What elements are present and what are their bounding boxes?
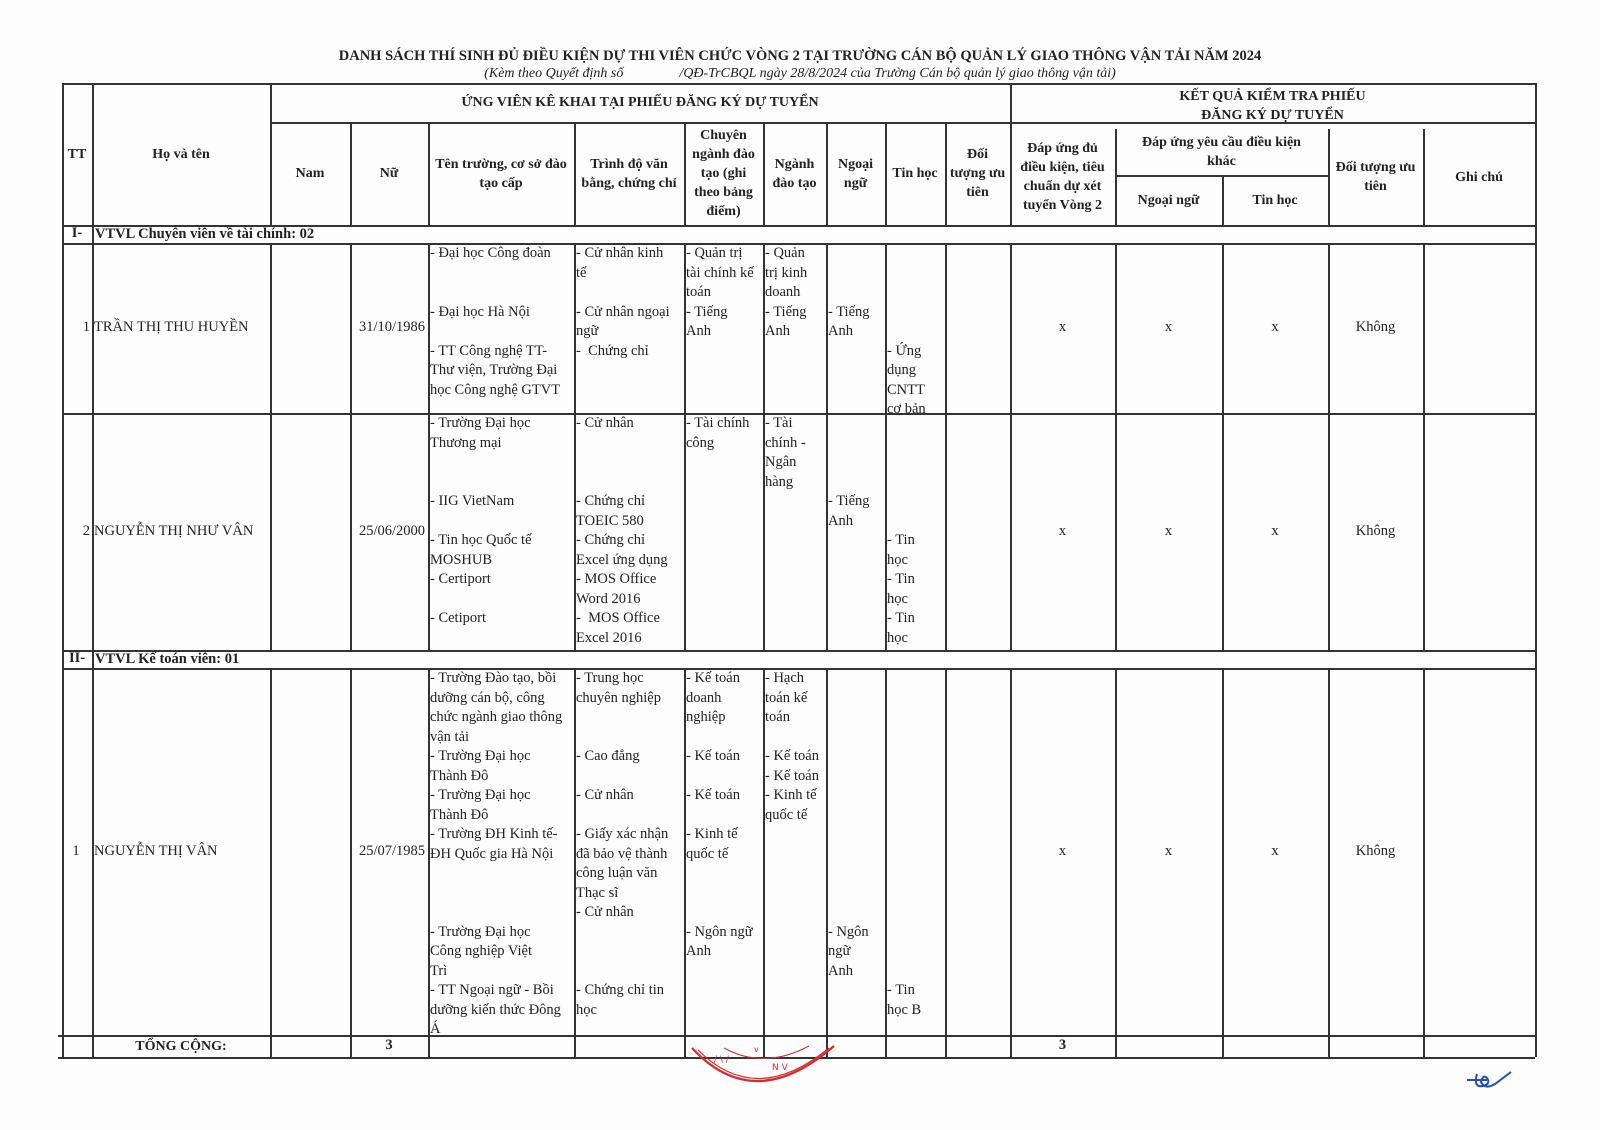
table-rule xyxy=(428,122,430,225)
header-dap-ung-du: Đáp ứng đủ điều kiện, tiêu chuẩn dự xét … xyxy=(1010,129,1115,225)
cell-line xyxy=(828,903,883,923)
cell-line xyxy=(828,864,883,884)
cell-line xyxy=(828,786,883,806)
row-ngoai-ngu: - TiếngAnh xyxy=(826,413,885,650)
row-nganh: - Tàichính -Ngânhàng xyxy=(763,413,826,650)
header-tin-hoc: Tin học xyxy=(885,122,945,225)
cell-line xyxy=(828,283,883,303)
header-nu: Nữ xyxy=(350,122,428,225)
cell-line xyxy=(576,473,682,493)
row-kq-tin-hoc: x xyxy=(1222,413,1328,650)
row-nu: 25/07/1985 xyxy=(350,668,428,1035)
row-trinh-do: - Cử nhân - Chứng chỉTOEIC 580- Chứng ch… xyxy=(574,413,684,650)
cell-line xyxy=(576,453,682,473)
cell-line: Trì xyxy=(430,962,572,982)
cell-line xyxy=(887,806,943,826)
cell-line: chuyên nghiệp xyxy=(576,689,682,709)
cell-line: - Tin xyxy=(887,531,943,551)
header-split-rule xyxy=(270,122,1535,124)
cell-line xyxy=(828,825,883,845)
cell-line: - Kế toán xyxy=(686,786,761,806)
row-ghi-chu xyxy=(1423,243,1535,413)
cell-line xyxy=(887,434,943,454)
cell-line: hàng xyxy=(765,473,824,493)
cell-line: CNTT xyxy=(887,381,943,401)
cell-line xyxy=(887,786,943,806)
table-rule xyxy=(270,83,272,225)
table-rule xyxy=(1328,668,1330,1057)
table-rule xyxy=(763,668,765,1057)
table-rule xyxy=(1010,668,1012,1057)
cell-line: đã bảo vệ thành xyxy=(576,845,682,865)
cell-line: ngữ xyxy=(576,322,682,342)
section-label: VTVL Chuyên viên về tài chính: 02 xyxy=(95,225,1535,243)
cell-line: học xyxy=(887,590,943,610)
row-ghi-chu xyxy=(1423,668,1535,1035)
cell-line: - Cao đẳng xyxy=(576,747,682,767)
row-kq-du: x xyxy=(1010,243,1115,413)
table-rule xyxy=(350,668,352,1057)
cell-line: toán xyxy=(686,283,761,303)
cell-line xyxy=(686,884,761,904)
cell-line: - Trung học xyxy=(576,669,682,689)
table-rule xyxy=(428,668,430,1057)
row-kq-ngoai-ngu: x xyxy=(1115,243,1222,413)
cell-line: Ngân xyxy=(765,453,824,473)
cell-line: Anh xyxy=(828,322,883,342)
row-rule xyxy=(62,668,1535,670)
cell-line: cơ bản xyxy=(887,400,943,413)
section-code: I- xyxy=(62,225,92,243)
cell-line: MOSHUB xyxy=(430,551,572,571)
cell-line: nghiệp xyxy=(686,708,761,728)
row-kq-doi-tuong: Không xyxy=(1328,668,1423,1035)
cell-line: - Trường Đại học xyxy=(430,747,572,767)
cell-line: Anh xyxy=(828,512,883,532)
row-name: NGUYỄN THỊ NHƯ VÂN xyxy=(92,413,270,650)
cell-line: - Trường Đại học xyxy=(430,414,572,434)
cell-line xyxy=(887,942,943,962)
cell-line xyxy=(576,283,682,303)
svg-text:/ \ /: / \ / xyxy=(714,1055,730,1065)
cell-line: - Kinh tế xyxy=(686,825,761,845)
cell-line: - Tin xyxy=(887,981,943,1001)
cell-line: Á xyxy=(430,1020,572,1035)
table-rule xyxy=(826,668,828,1057)
cell-line xyxy=(430,590,572,610)
cell-line: dụng xyxy=(887,361,943,381)
cell-line: học xyxy=(887,551,943,571)
cell-line: - Đại học Hà Nội xyxy=(430,303,572,323)
cell-line: Thương mại xyxy=(430,434,572,454)
table-rule xyxy=(270,668,272,1057)
svg-text:N V: N V xyxy=(772,1063,789,1073)
cell-line xyxy=(887,923,943,943)
table-rule xyxy=(1328,243,1330,650)
row-tin-hoc: - Tinhọc B xyxy=(885,668,945,1035)
cell-line xyxy=(430,264,572,284)
cell-line xyxy=(887,767,943,787)
cell-line xyxy=(430,512,572,532)
row-name: TRẦN THỊ THU HUYỀN xyxy=(92,243,270,413)
table-top-rule xyxy=(62,83,1535,85)
cell-line: toán kế xyxy=(765,689,824,709)
table-rule xyxy=(945,243,947,650)
cell-line: - Kế toán xyxy=(765,767,824,787)
header-dap-ung-khac: Đáp ứng yêu cầu điều kiện khác xyxy=(1115,129,1328,175)
table-rule xyxy=(1222,175,1224,225)
cell-line: Thành Đô xyxy=(430,767,572,787)
table-rule xyxy=(763,122,765,225)
cell-line: Thư viện, Trường Đại xyxy=(430,361,572,381)
row-nu: 31/10/1986 xyxy=(350,243,428,413)
cell-line: học xyxy=(576,1001,682,1021)
cell-line xyxy=(887,492,943,512)
cell-line: học B xyxy=(887,1001,943,1021)
cell-line xyxy=(828,689,883,709)
section-code: II- xyxy=(62,650,92,668)
cell-line: - Chứng chỉ tin xyxy=(576,981,682,1001)
row-rule xyxy=(62,243,1535,245)
table-rule xyxy=(1423,243,1425,650)
cell-line xyxy=(887,264,943,284)
cell-line xyxy=(430,453,572,473)
cell-line: - Trường Đại học xyxy=(430,786,572,806)
cell-line: học Công nghệ GTVT xyxy=(430,381,572,401)
cell-line xyxy=(765,728,824,748)
table-rule xyxy=(1423,668,1425,1057)
cell-line xyxy=(430,903,572,923)
row-kq-du: x xyxy=(1010,668,1115,1035)
cell-line: Anh xyxy=(765,322,824,342)
header-ho-ten: Họ và tên xyxy=(92,83,270,225)
cell-line: - Kế toán xyxy=(686,747,761,767)
cell-line: ĐH Quốc gia Hà Nội xyxy=(430,845,572,865)
cell-line xyxy=(828,414,883,434)
table-rule xyxy=(574,668,576,1057)
cell-line: vận tải xyxy=(430,728,572,748)
row-kq-ngoai-ngu: x xyxy=(1115,413,1222,650)
cell-line: - Cử nhân xyxy=(576,414,682,434)
cell-line xyxy=(576,434,682,454)
cell-line xyxy=(828,728,883,748)
red-seal-stamp-icon: / \ / N V v xyxy=(684,1040,844,1090)
cell-line: - Cetiport xyxy=(430,609,572,629)
row-doi-tuong xyxy=(945,413,1010,650)
row-ngoai-ngu: - NgônngữAnh xyxy=(826,668,885,1035)
row-chuyen-nganh: - Tài chínhcông xyxy=(684,413,763,650)
cell-line xyxy=(686,806,761,826)
cell-line: - Cử nhân xyxy=(576,786,682,806)
cell-line: - Cử nhân kinh xyxy=(576,244,682,264)
cell-line: - Tiếng xyxy=(686,303,761,323)
cell-line xyxy=(576,962,682,982)
cell-line xyxy=(887,845,943,865)
cell-line: - Tin xyxy=(887,609,943,629)
cell-line xyxy=(887,825,943,845)
cell-line: dưỡng cán bộ, công xyxy=(430,689,572,709)
row-kq-ngoai-ngu: x xyxy=(1115,668,1222,1035)
cell-line: - Tin xyxy=(887,570,943,590)
total-label: TỔNG CỘNG: xyxy=(92,1035,270,1057)
row-ten-truong: - Trường Đại họcThương mại - IIG VietNam… xyxy=(428,413,574,650)
cell-line: - Cử nhân ngoại xyxy=(576,303,682,323)
cell-line: quốc tế xyxy=(686,845,761,865)
cell-line: - Tiếng xyxy=(828,492,883,512)
row-kq-doi-tuong: Không xyxy=(1328,243,1423,413)
row-nu: 25/06/2000 xyxy=(350,413,428,650)
cell-line: - Ngôn xyxy=(828,923,883,943)
row-kq-du: x xyxy=(1010,413,1115,650)
cell-line: chức ngành giao thông xyxy=(430,708,572,728)
cell-line: Thành Đô xyxy=(430,806,572,826)
cell-line xyxy=(887,689,943,709)
cell-line: Anh xyxy=(686,322,761,342)
cell-line: - MOS Office xyxy=(576,609,682,629)
table-rule xyxy=(1115,243,1117,650)
cell-line: - Quản xyxy=(765,244,824,264)
cell-line xyxy=(887,414,943,434)
row-ten-truong: - Trường Đào tạo, bồidưỡng cán bộ, côngc… xyxy=(428,668,574,1035)
cell-line: chính - xyxy=(765,434,824,454)
cell-line xyxy=(828,453,883,473)
cell-line: công xyxy=(686,434,761,454)
table-rule xyxy=(1115,668,1117,1057)
row-chuyen-nganh: - Quản trịtài chính kếtoán- TiếngAnh xyxy=(684,243,763,413)
table-rule xyxy=(684,122,686,225)
cell-line xyxy=(828,473,883,493)
cell-line: - Tiếng xyxy=(828,303,883,323)
cell-line: - Đại học Công đoàn xyxy=(430,244,572,264)
cell-line xyxy=(686,728,761,748)
section-label: VTVL Kế toán viên: 01 xyxy=(95,650,1535,668)
header-kq-ngoai-ngu: Ngoại ngữ xyxy=(1115,175,1222,225)
table-rule xyxy=(350,243,352,650)
cell-line: Excel ứng dụng xyxy=(576,551,682,571)
cell-line: Word 2016 xyxy=(576,590,682,610)
cell-line: trị kinh xyxy=(765,264,824,284)
row-ten-truong: - Đại học Công đoàn - Đại học Hà Nội - T… xyxy=(428,243,574,413)
row-doi-tuong xyxy=(945,668,1010,1035)
row-tt: 1 xyxy=(62,243,92,413)
cell-line xyxy=(828,845,883,865)
header-doi-tuong: Đối tượng ưu tiên xyxy=(945,122,1010,225)
cell-line: Excel 2016 xyxy=(576,629,682,649)
cell-line xyxy=(887,708,943,728)
table-rule xyxy=(826,122,828,225)
cell-line xyxy=(887,903,943,923)
row-nam xyxy=(270,668,350,1035)
cell-line xyxy=(576,942,682,962)
cell-line: - Chứng chỉ xyxy=(576,492,682,512)
cell-line xyxy=(686,903,761,923)
table-rule xyxy=(885,243,887,650)
cell-line: học xyxy=(887,629,943,649)
cell-line: - Trường ĐH Kinh tế- xyxy=(430,825,572,845)
header-nganh: Ngành đào tạo xyxy=(763,122,826,225)
cell-line: tế xyxy=(576,264,682,284)
cell-line xyxy=(430,322,572,342)
table-rule xyxy=(1328,129,1330,225)
table-rule xyxy=(1222,668,1224,1057)
cell-line xyxy=(430,864,572,884)
table-rule xyxy=(1423,129,1425,225)
cell-line xyxy=(828,434,883,454)
header-kq-doi-tuong: Đối tượng ưu tiên xyxy=(1328,129,1423,225)
table-rule xyxy=(270,243,272,650)
cell-line xyxy=(887,283,943,303)
header-bottom-rule xyxy=(62,225,1535,227)
cell-line xyxy=(887,453,943,473)
subtitle-suffix: /QĐ-TrCBQL ngày 28/8/2024 của Trường Cán… xyxy=(679,66,1115,81)
cell-line xyxy=(430,884,572,904)
row-kq-tin-hoc: x xyxy=(1222,668,1328,1035)
header-chuyen-nganh: Chuyên ngành đào tạo (ghi theo bảng điểm… xyxy=(684,122,763,225)
row-nganh: - Hạchtoán kếtoán - Kế toán- Kế toán- Ki… xyxy=(763,668,826,1035)
cell-line xyxy=(828,669,883,689)
row-ngoai-ngu: - TiếngAnh xyxy=(826,243,885,413)
header-ten-truong: Tên trường, cơ sở đào tạo cấp xyxy=(428,122,574,225)
cell-line xyxy=(887,747,943,767)
cell-line xyxy=(887,864,943,884)
row-name: NGUYỄN THỊ VÂN xyxy=(92,668,270,1035)
row-kq-doi-tuong: Không xyxy=(1328,413,1423,650)
cell-line xyxy=(887,244,943,264)
table-rule xyxy=(574,122,576,225)
row-tt: 1 xyxy=(62,668,92,1035)
table-rule xyxy=(574,243,576,650)
cell-line xyxy=(576,708,682,728)
table-rule xyxy=(684,668,686,1057)
cell-line: - Ngôn ngữ xyxy=(686,923,761,943)
cell-line xyxy=(576,806,682,826)
cell-line xyxy=(828,264,883,284)
table-rule xyxy=(945,122,947,225)
cell-line xyxy=(887,728,943,748)
cell-line: - Tài chính xyxy=(686,414,761,434)
cell-line: doanh xyxy=(765,283,824,303)
cell-line: quốc tế xyxy=(765,806,824,826)
svg-text:v: v xyxy=(754,1045,759,1054)
row-tin-hoc: - Tinhọc- Tinhọc- Tinhọc xyxy=(885,413,945,650)
cell-line: - Trường Đại học xyxy=(430,923,572,943)
cell-line xyxy=(430,473,572,493)
cell-line xyxy=(887,512,943,532)
table-rule xyxy=(1010,83,1012,225)
row-nganh: - Quảntrị kinhdoanh- TiếngAnh xyxy=(763,243,826,413)
total-kq-du-count: 3 xyxy=(1010,1035,1115,1057)
cell-line: - Hạch xyxy=(765,669,824,689)
row-trinh-do: - Trung họcchuyên nghiệp - Cao đẳng - Cử… xyxy=(574,668,684,1035)
cell-line xyxy=(576,923,682,943)
cell-line xyxy=(828,747,883,767)
cell-line: - Kinh tế xyxy=(765,786,824,806)
header-trinh-do: Trình độ văn bằng, chứng chỉ xyxy=(574,122,684,225)
document-subtitle: (Kèm theo Quyết định số/QĐ-TrCBQL ngày 2… xyxy=(0,66,1600,82)
signature-icon xyxy=(1465,1068,1515,1093)
header-nam: Nam xyxy=(270,122,350,225)
cell-line xyxy=(576,767,682,787)
cell-line: - MOS Office xyxy=(576,570,682,590)
cell-line xyxy=(686,864,761,884)
document-title: DANH SÁCH THÍ SINH ĐỦ ĐIỀU KIỆN DỰ THI V… xyxy=(0,48,1600,65)
cell-line: tài chính kế xyxy=(686,264,761,284)
cell-line: Công nghiệp Việt xyxy=(430,942,572,962)
header-ngoai-ngu: Ngoại ngữ xyxy=(826,122,885,225)
table-left-rule xyxy=(62,83,64,1057)
cell-line: công luận văn xyxy=(576,864,682,884)
cell-line xyxy=(887,669,943,689)
cell-line: - TT Công nghệ TT- xyxy=(430,342,572,362)
header-kq-tin-hoc: Tin học xyxy=(1222,175,1328,225)
header-ghi-chu: Ghi chú xyxy=(1423,129,1535,225)
cell-line: - Quản trị xyxy=(686,244,761,264)
cell-line xyxy=(828,806,883,826)
cell-line: - Tài xyxy=(765,414,824,434)
cell-line: doanh xyxy=(686,689,761,709)
table-rule xyxy=(1010,243,1012,650)
cell-line: - Cử nhân xyxy=(576,903,682,923)
table-rule xyxy=(684,243,686,650)
cell-line xyxy=(887,884,943,904)
cell-line xyxy=(887,303,943,323)
row-rule xyxy=(62,413,1535,415)
table-rule xyxy=(885,668,887,1057)
cell-line xyxy=(887,322,943,342)
cell-line: Anh xyxy=(686,942,761,962)
cell-line: - Chứng chỉ xyxy=(576,531,682,551)
cell-line: - Chứng chỉ xyxy=(576,342,682,362)
cell-line: - Kế toán xyxy=(765,747,824,767)
cell-line xyxy=(828,767,883,787)
cell-line xyxy=(686,767,761,787)
row-ghi-chu xyxy=(1423,413,1535,650)
cell-line: TOEIC 580 xyxy=(576,512,682,532)
cell-line: dưỡng kiến thức Đông xyxy=(430,1001,572,1021)
row-chuyen-nganh: - Kế toándoanhnghiệp - Kế toán - Kế toán… xyxy=(684,668,763,1035)
row-doi-tuong xyxy=(945,243,1010,413)
cell-line xyxy=(887,473,943,493)
cell-line xyxy=(828,244,883,264)
row-rule xyxy=(58,1035,1535,1037)
row-tin-hoc: - ỨngdụngCNTTcơ bản xyxy=(885,243,945,413)
cell-line xyxy=(828,884,883,904)
header-group-ung-vien: ỨNG VIÊN KÊ KHAI TẠI PHIẾU ĐĂNG KÝ DỰ TU… xyxy=(270,83,1010,122)
table-rule xyxy=(428,243,430,650)
table-rule xyxy=(945,668,947,1057)
cell-line: - TT Ngoại ngữ - Bồi xyxy=(430,981,572,1001)
cell-line xyxy=(576,728,682,748)
cell-line: Anh xyxy=(828,962,883,982)
cell-line: ngữ xyxy=(828,942,883,962)
table-rule xyxy=(1222,243,1224,650)
row-rule xyxy=(62,650,1535,652)
cell-line: - Tiếng xyxy=(765,303,824,323)
cell-line: - IIG VietNam xyxy=(430,492,572,512)
total-nu-count: 3 xyxy=(350,1035,428,1057)
row-nam xyxy=(270,413,350,650)
table-rule xyxy=(826,243,828,650)
cell-line xyxy=(430,283,572,303)
table-rule xyxy=(92,83,94,1057)
cell-line: toán xyxy=(765,708,824,728)
row-kq-tin-hoc: x xyxy=(1222,243,1328,413)
subtitle-prefix: (Kèm theo Quyết định số xyxy=(484,66,623,81)
cell-line xyxy=(887,962,943,982)
cell-line: - Certiport xyxy=(430,570,572,590)
cell-line: - Tin học Quốc tế xyxy=(430,531,572,551)
table-rule xyxy=(350,122,352,225)
